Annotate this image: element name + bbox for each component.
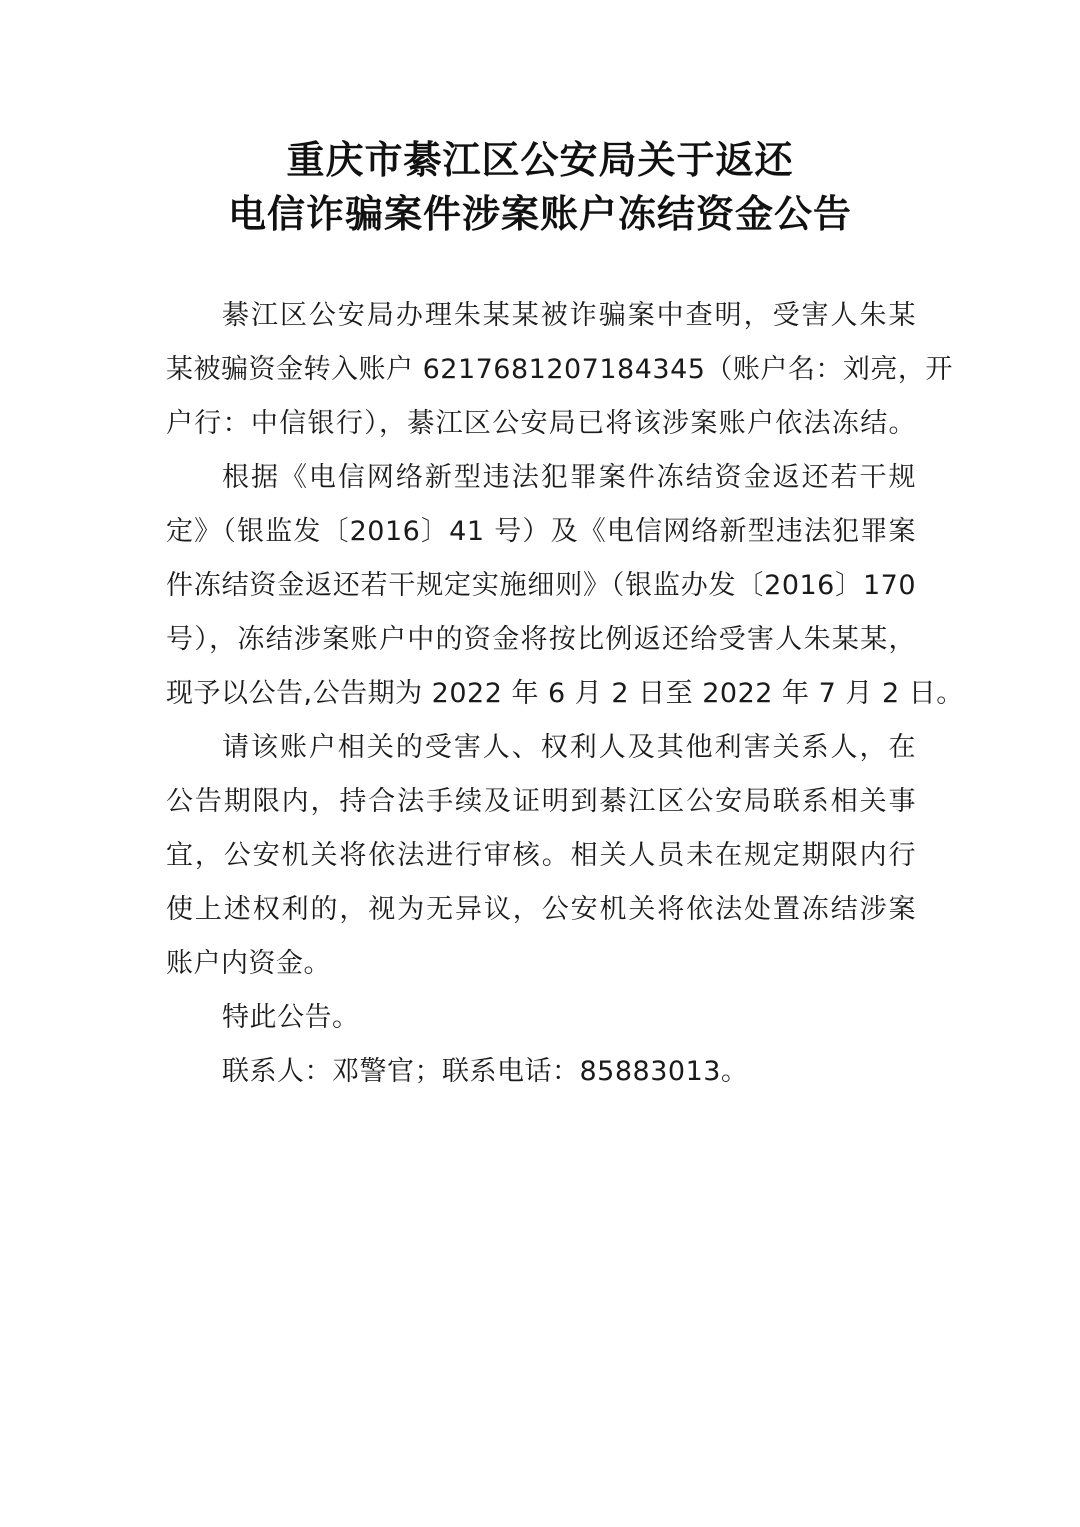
paragraph-2-line-2: 定》（银监发〔2016〕41 号）及《电信网络新型违法犯罪案 [166,512,916,552]
paragraph-2-line-3: 件冻结资金返还若干规定实施细则》（银监办发〔2016〕170 [166,566,916,606]
document-title-line-1: 重庆市綦江区公安局关于返还 [0,132,1080,188]
paragraph-1-line-3: 户行：中信银行），綦江区公安局已将该涉案账户依法冻结。 [166,404,916,444]
paragraph-3-line-1: 请该账户相关的受害人、权利人及其他利害关系人，在 [222,728,916,768]
paragraph-2-line-5: 现予以公告,公告期为 2022 年 6 月 2 日至 2022 年 7 月 2 … [166,674,916,714]
document-title-line-2: 电信诈骗案件涉案账户冻结资金公告 [0,186,1080,242]
paragraph-2-line-1: 根据《电信网络新型违法犯罪案件冻结资金返还若干规 [222,458,916,498]
paragraph-3-line-2: 公告期限内，持合法手续及证明到綦江区公安局联系相关事 [166,782,916,822]
paragraph-1-line-2: 某被骗资金转入账户 6217681207184345（账户名：刘亮，开 [166,350,916,390]
contact-info: 联系人：邓警官；联系电话：85883013。 [222,1052,916,1092]
document-page: 重庆市綦江区公安局关于返还 电信诈骗案件涉案账户冻结资金公告 綦江区公安局办理朱… [0,0,1080,1527]
paragraph-3-line-5: 账户内资金。 [166,944,916,984]
paragraph-3-line-3: 宜，公安机关将依法进行审核。相关人员未在规定期限内行 [166,836,916,876]
paragraph-1-line-1: 綦江区公安局办理朱某某被诈骗案中查明，受害人朱某 [222,296,916,336]
closing-statement: 特此公告。 [222,998,916,1038]
paragraph-3-line-4: 使上述权利的，视为无异议，公安机关将依法处置冻结涉案 [166,890,916,930]
paragraph-2-line-4: 号），冻结涉案账户中的资金将按比例返还给受害人朱某某， [166,620,916,660]
